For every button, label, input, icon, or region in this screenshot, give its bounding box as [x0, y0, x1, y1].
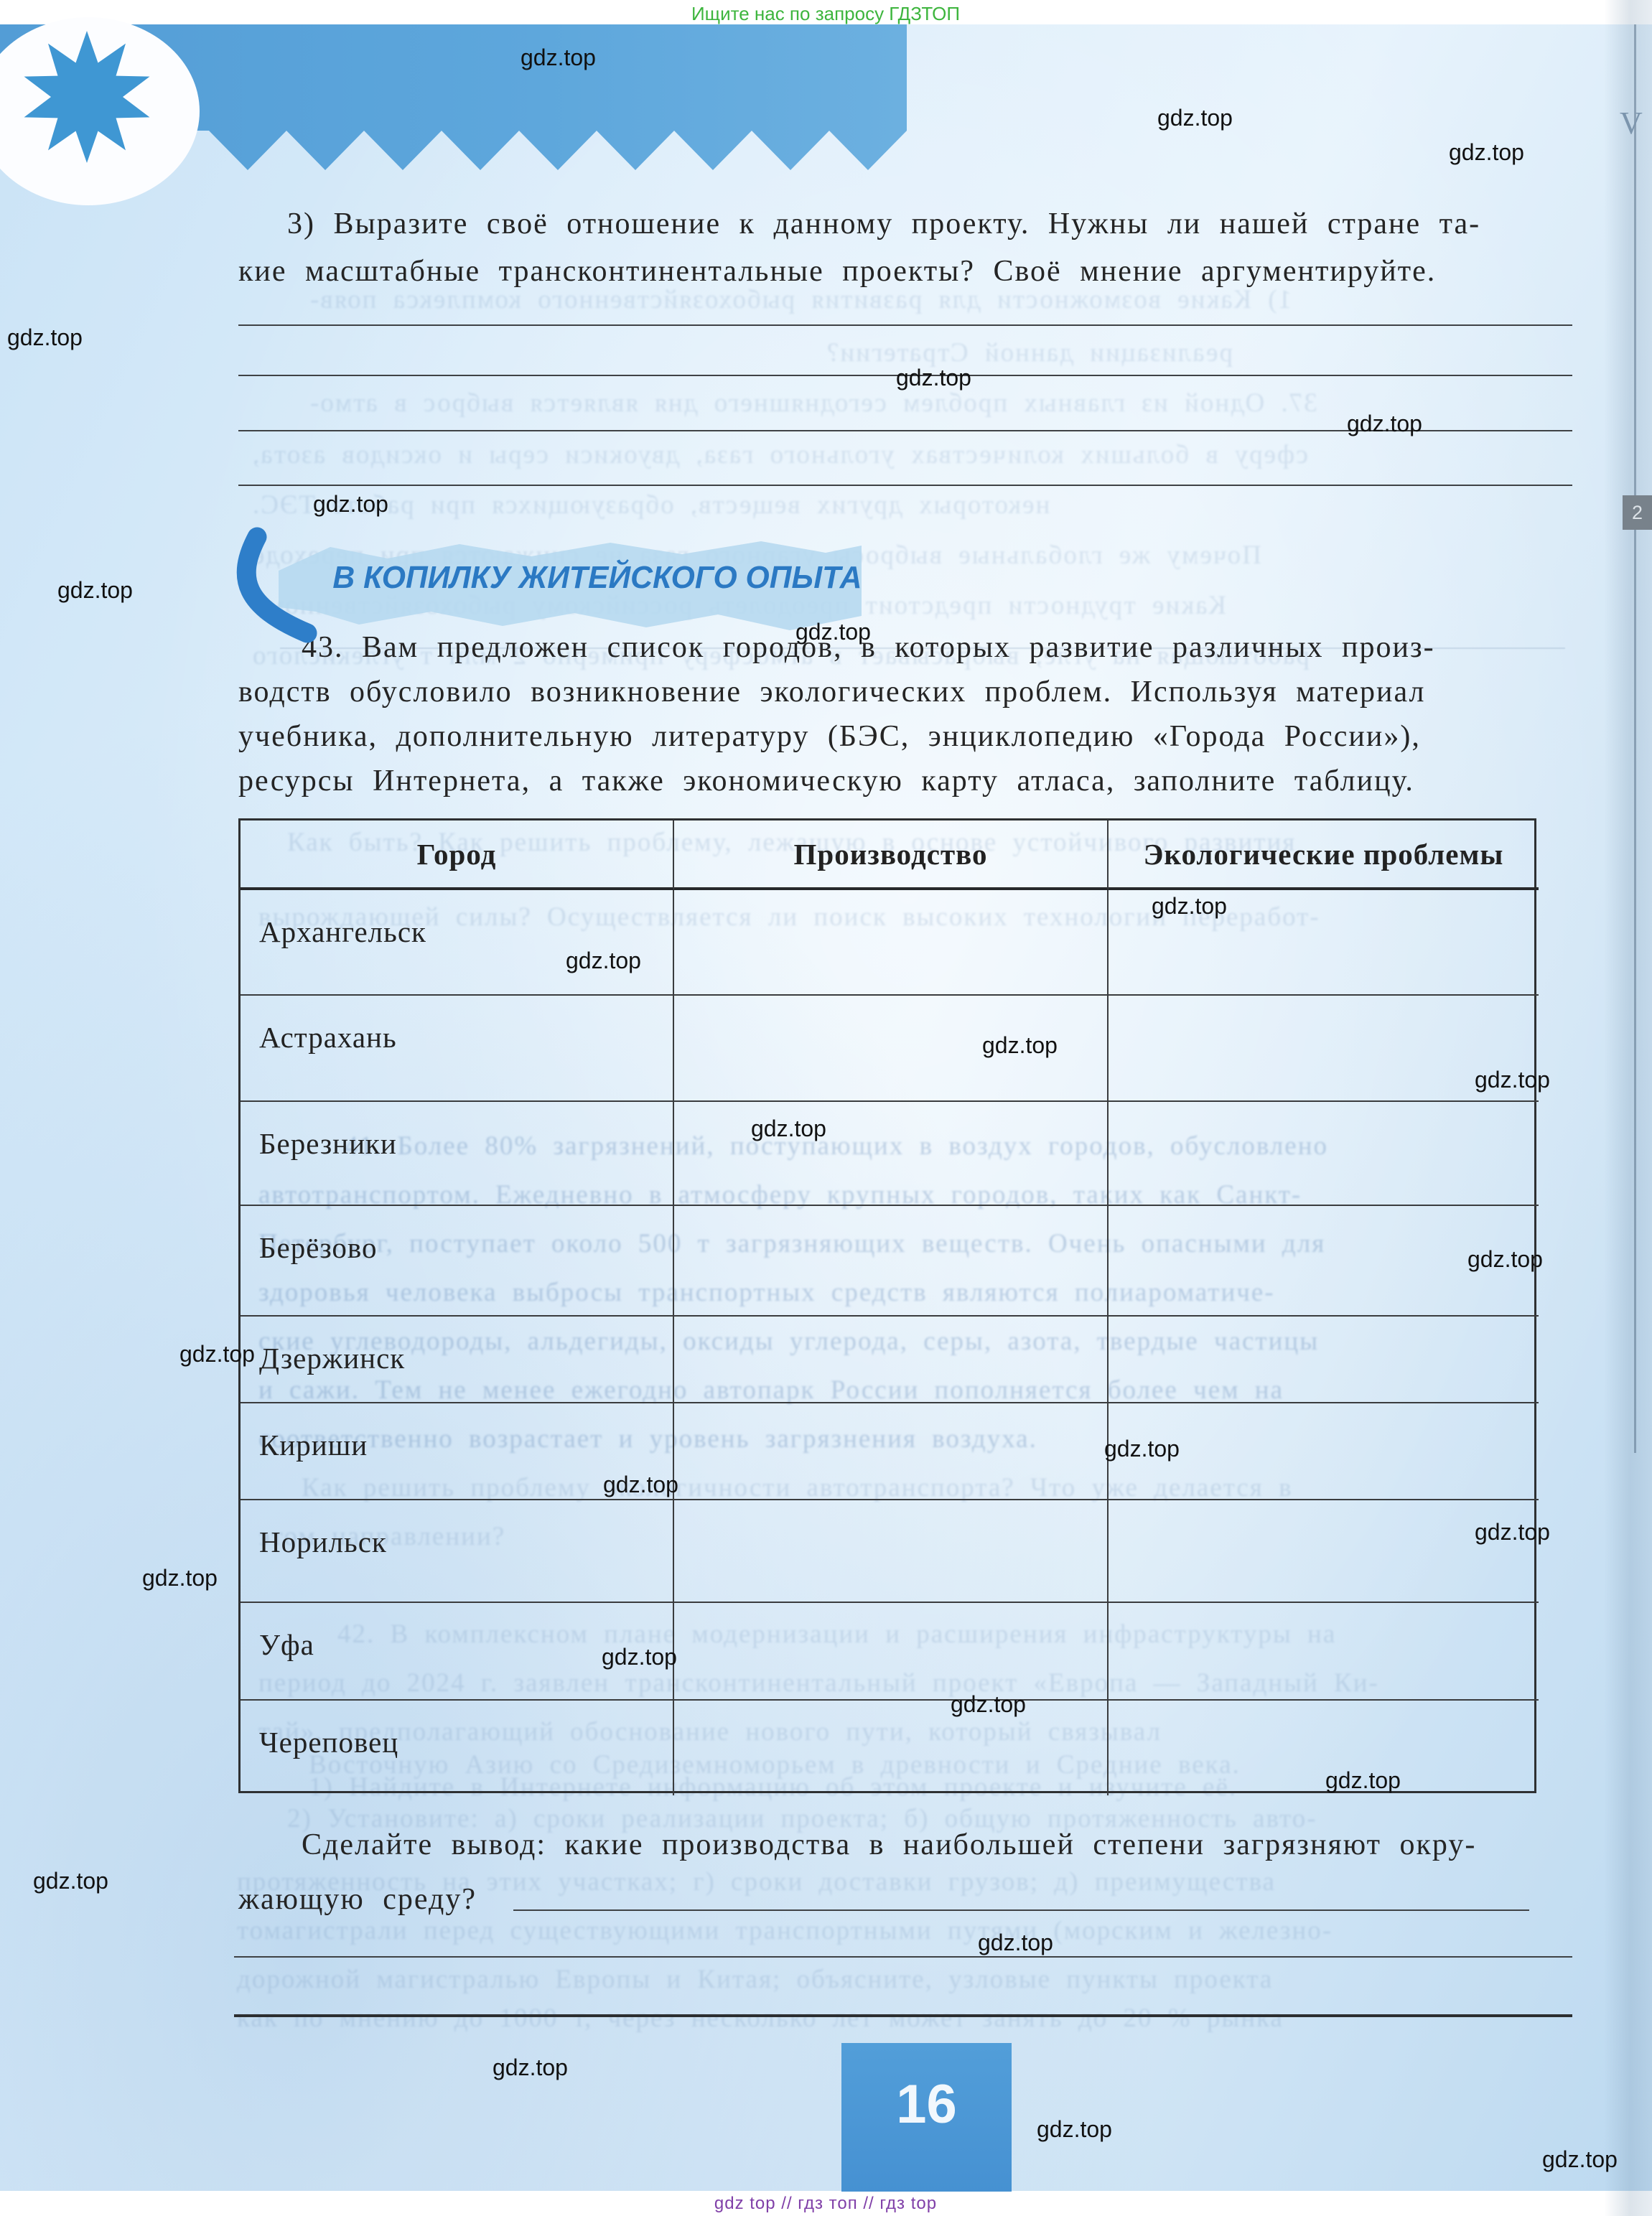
task43-line: учебника, дополнительную литературу (БЭС… [238, 719, 1421, 754]
city-cell: Архангельск [241, 890, 674, 996]
watermark: gdz.top [521, 45, 596, 71]
task43-line: ресурсы Интернета, а также экономическую… [238, 764, 1414, 798]
answer-line [238, 485, 1572, 486]
watermark: gdz.top [1325, 1767, 1401, 1794]
city-cell: Норильск [241, 1500, 674, 1603]
city-cell: Астрахань [241, 996, 674, 1102]
footer-text: gdz top // гдз топ // гдз top [646, 2194, 1005, 2214]
watermark: gdz.top [1104, 1436, 1180, 1462]
watermark: gdz.top [1449, 139, 1524, 166]
watermark: gdz.top [1347, 411, 1422, 437]
production-cell [674, 1403, 1109, 1500]
watermark: gdz.top [1157, 105, 1233, 131]
answer-line [513, 1909, 1529, 1911]
watermark: gdz.top [951, 1691, 1026, 1718]
watermark: gdz.top [795, 619, 871, 645]
problems-cell [1109, 1701, 1539, 1795]
ghost-text: 1) Какие возможности для развития рыбохо… [309, 284, 1292, 315]
answer-line [234, 1956, 1572, 1958]
watermark: gdz.top [33, 1868, 108, 1894]
table-header-city: Город [241, 821, 674, 890]
watermark: gdz.top [978, 1930, 1053, 1956]
conclusion-line: Сделайте вывод: какие производства в наи… [302, 1828, 1476, 1862]
watermark: gdz.top [603, 1472, 678, 1498]
production-cell [674, 1603, 1109, 1701]
edge-letter: V [1620, 105, 1643, 141]
problems-cell [1109, 1603, 1539, 1701]
answer-line [238, 324, 1572, 326]
problems-cell [1109, 1317, 1539, 1403]
ribbon-label: В КОПИЛКУ ЖИТЕЙСКОГО ОПЫТА [332, 560, 862, 596]
page-number: 16 [896, 2073, 957, 2192]
ghost-text: как по мнению до 1000 т, через несколько… [237, 2003, 1284, 2034]
page-spine-line [1634, 24, 1636, 1453]
watermark: gdz.top [313, 491, 388, 518]
table-header-problems: Экологические проблемы [1109, 821, 1539, 890]
header-banner [0, 0, 1652, 230]
watermark: gdz.top [751, 1116, 826, 1142]
question3-line: 3) Выразите своё отношение к данному про… [287, 207, 1480, 241]
answer-line [234, 2014, 1572, 2017]
workbook-page-scan: Ищите нас по запросу ГДЗТОП 3) Выразите … [0, 0, 1652, 2216]
watermark: gdz.top [566, 948, 641, 974]
production-cell [674, 1701, 1109, 1795]
edge-tab-number: 2 [1632, 502, 1643, 524]
page-edge-shadow [1604, 0, 1652, 2216]
cities-table: Город Производство Экологические проблем… [238, 818, 1536, 1793]
table-header-production: Производство [674, 821, 1109, 890]
production-cell [674, 1500, 1109, 1603]
production-cell [674, 1102, 1109, 1206]
city-cell: Березники [241, 1102, 674, 1206]
watermark: gdz.top [896, 365, 971, 391]
watermark: gdz.top [1467, 1246, 1543, 1273]
ghost-text: сферу в больших количествах угольного га… [251, 439, 1308, 470]
task43-line: водств обусловило возникновение экологич… [238, 675, 1425, 709]
watermark: gdz.top [142, 1565, 218, 1591]
question3-line: кие масштабные трансконтинентальные прое… [238, 254, 1436, 289]
production-cell [674, 1317, 1109, 1403]
page-edge-tab: 2 [1623, 495, 1652, 530]
page-number-badge: 16 [841, 2043, 1012, 2192]
problems-cell [1109, 1102, 1539, 1206]
watermark: gdz.top [982, 1032, 1058, 1059]
production-cell [674, 890, 1109, 996]
ghost-text: дорожной магистралью Европы и Китая; объ… [237, 1964, 1273, 1995]
city-cell: Череповец [241, 1701, 674, 1795]
watermark: gdz.top [1542, 2146, 1618, 2173]
production-cell [674, 1206, 1109, 1317]
ghost-text: 37. Одной из главных проблем сегодняшнег… [309, 388, 1317, 419]
watermark: gdz.top [493, 2054, 568, 2081]
ghost-text: реализации данной Стратегии? [826, 337, 1233, 368]
problems-cell [1109, 1500, 1539, 1603]
watermark: gdz.top [1152, 893, 1227, 920]
city-cell: Берёзово [241, 1206, 674, 1317]
watermark: gdz.top [602, 1644, 677, 1670]
watermark: gdz.top [7, 324, 83, 351]
city-cell: Дзержинск [241, 1317, 674, 1403]
watermark: gdz.top [1475, 1519, 1550, 1546]
watermark: gdz.top [57, 577, 133, 604]
ghost-text: томагистрали перед существующими транспо… [237, 1915, 1333, 1946]
watermark: gdz.top [179, 1341, 255, 1368]
watermark: gdz.top [1037, 2116, 1112, 2143]
conclusion-line: жающую среду? [238, 1882, 477, 1917]
watermark: gdz.top [1475, 1067, 1550, 1093]
ribbon-banner [215, 524, 1149, 668]
